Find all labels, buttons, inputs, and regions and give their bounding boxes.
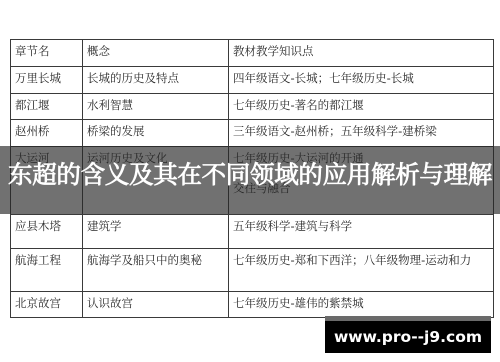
watermark: www.pro--j9.com (325, 321, 491, 353)
cell-points: 七年级历史-著名的都江堰 (229, 94, 494, 120)
table-row: 北京故宫 认识故宫 七年级历史-雄伟的紫禁城 (11, 292, 494, 318)
table-row: 都江堰 水利智慧 七年级历史-著名的都江堰 (11, 94, 494, 120)
cell-chapter: 北京故宫 (11, 292, 83, 318)
table-row: 航海工程 航海学及船只中的奥秘 七年级历史-郑和下西洋；八年级物理-运动和力 (11, 249, 494, 292)
banner-title: 东超的含义及其在不同领域的应用解析与理解 (0, 160, 500, 190)
table-row: 赵州桥 桥梁的发展 三年级语文-赵州桥；五年级科学-建桥梁 (11, 120, 494, 147)
cell-concept: 桥梁的发展 (83, 120, 229, 147)
cell-concept: 水利智慧 (83, 94, 229, 120)
table-row: 应县木塔 建筑学 五年级科学-建筑与科学 (11, 215, 494, 249)
cell-concept: 认识故宫 (83, 292, 229, 318)
header-chapter: 章节名 (11, 40, 83, 67)
cell-points: 七年级历史-郑和下西洋；八年级物理-运动和力 (229, 249, 494, 292)
table-header-row: 章节名 概念 教材教学知识点 (11, 40, 494, 67)
table-row: 万里长城 长城的历史及特点 四年级语文-长城；七年级历史-长城 (11, 67, 494, 94)
header-concept: 概念 (83, 40, 229, 67)
cell-points: 七年级历史-雄伟的紫禁城 (229, 292, 494, 318)
cell-concept: 建筑学 (83, 215, 229, 249)
cell-points: 四年级语文-长城；七年级历史-长城 (229, 67, 494, 94)
cell-points: 三年级语文-赵州桥；五年级科学-建桥梁 (229, 120, 494, 147)
cell-chapter: 应县木塔 (11, 215, 83, 249)
cell-chapter: 航海工程 (11, 249, 83, 292)
cell-concept: 航海学及船只中的奥秘 (83, 249, 229, 292)
cell-chapter: 都江堰 (11, 94, 83, 120)
header-points: 教材教学知识点 (229, 40, 494, 67)
cell-points: 五年级科学-建筑与科学 (229, 215, 494, 249)
cell-chapter: 万里长城 (11, 67, 83, 94)
cell-chapter: 赵州桥 (11, 120, 83, 147)
cell-concept: 长城的历史及特点 (83, 67, 229, 94)
